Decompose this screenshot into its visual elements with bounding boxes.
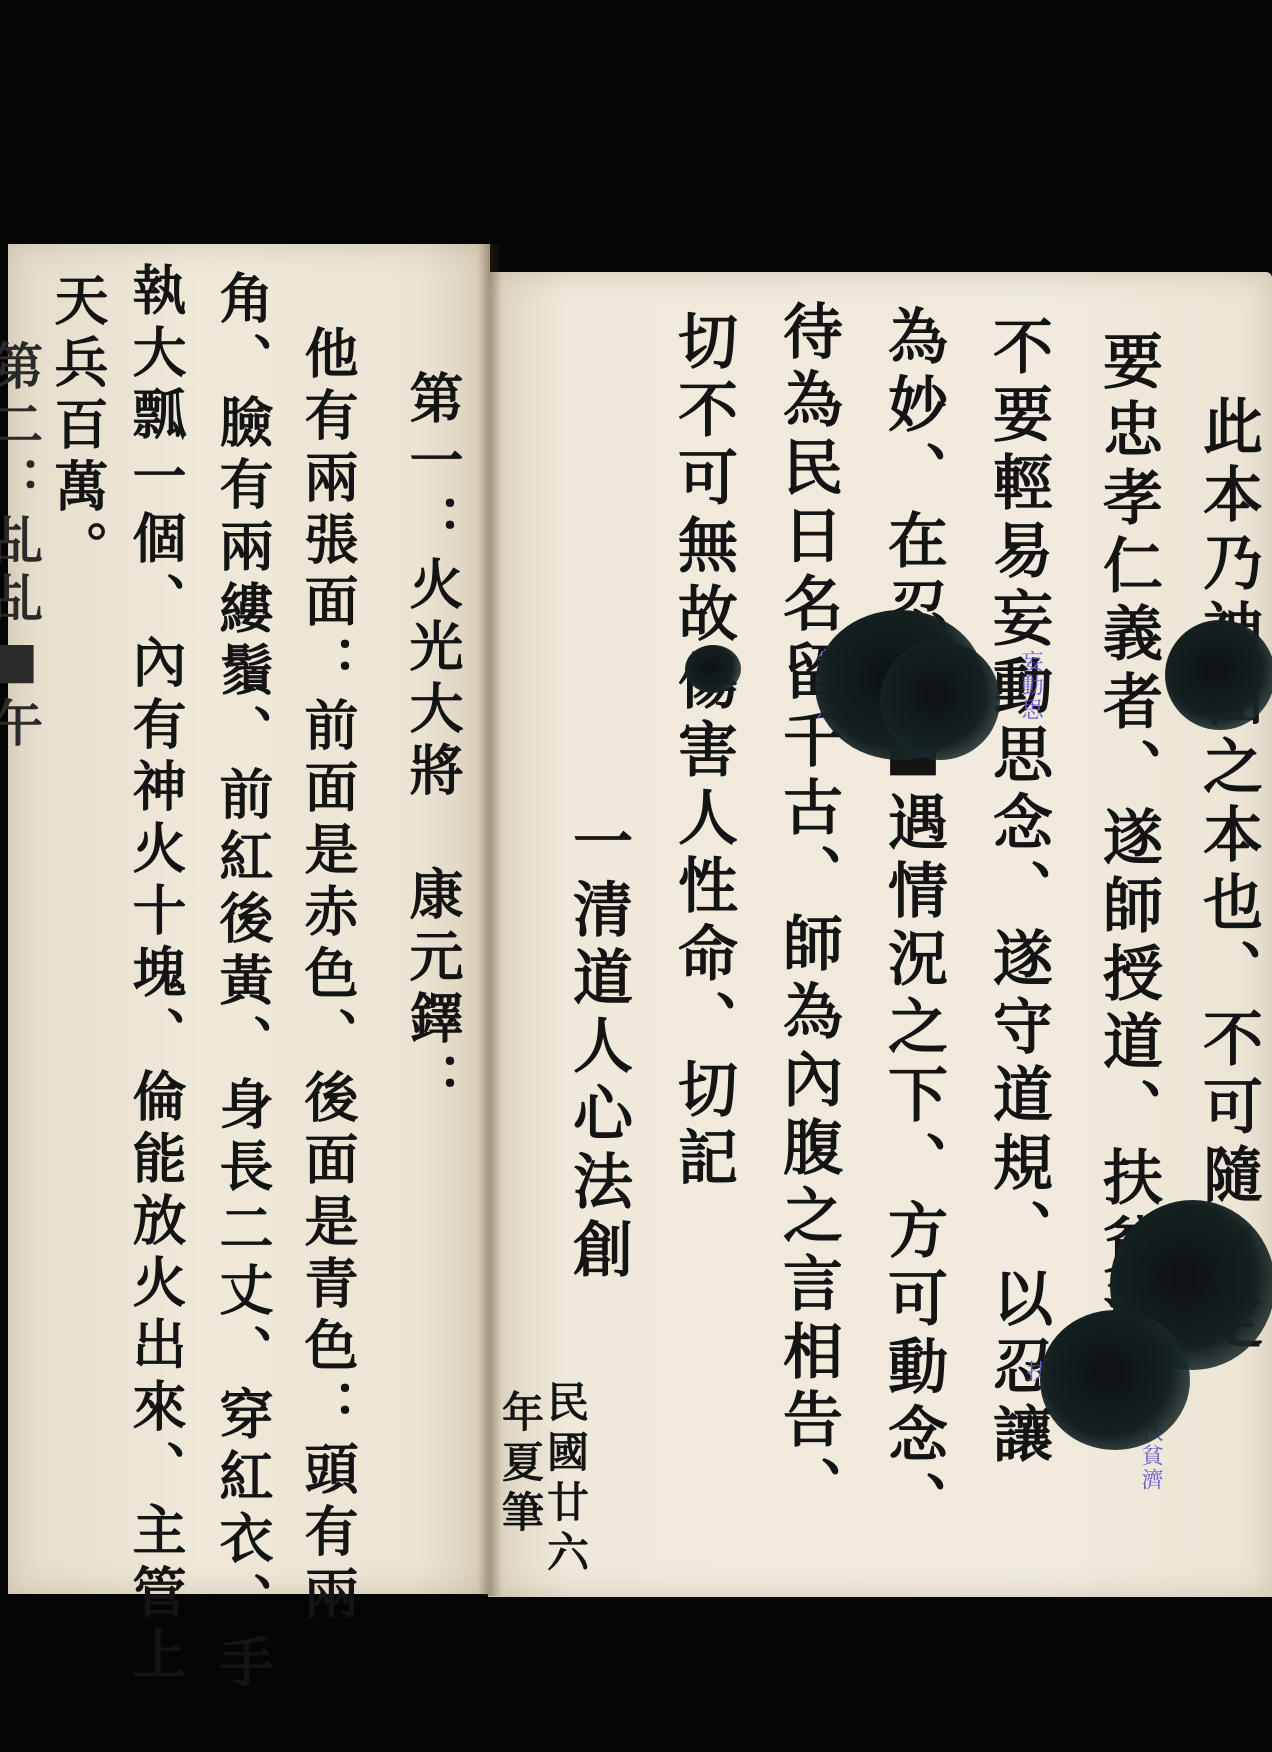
signature: 一清道人心法創 <box>555 810 641 1286</box>
ink-blot <box>685 645 741 693</box>
date-line-2: 年夏筆 <box>490 1390 550 1540</box>
ink-blot <box>1040 1310 1190 1450</box>
left-column-1: 第一：火光大將 康元鐸： <box>395 370 472 1114</box>
ink-blot <box>1165 620 1272 730</box>
left-column-5: 天兵百萬。 <box>40 272 117 582</box>
right-column-5: 待為民日名留千古、師為內腹之言相告、 <box>765 300 851 1524</box>
right-column-6: 切不可無故傷害人性命、切記 <box>660 310 746 1194</box>
left-column-2: 他有兩張面：前面是赤色、後面是青色：頭有兩 <box>290 325 367 1627</box>
right-column-4: 為妙、在忍耐■遇情況之下、方可動念、 <box>870 305 956 1539</box>
annotation-1: 妄動思 <box>1015 650 1046 722</box>
left-column-4: 執大瓢一個、內有神火十塊、倫能放火出來、主管上 <box>118 262 195 1688</box>
right-column-3: 不要輕易妄動思念、遂守道規、以忍讓 <box>975 315 1061 1471</box>
left-column-cut-off: 第二：乩乩■午 <box>0 340 50 755</box>
ink-blot <box>880 640 1000 760</box>
left-column-3: 角、臉有兩縷鬚、前紅後黃、身長二丈、穿紅衣、手 <box>205 270 282 1696</box>
